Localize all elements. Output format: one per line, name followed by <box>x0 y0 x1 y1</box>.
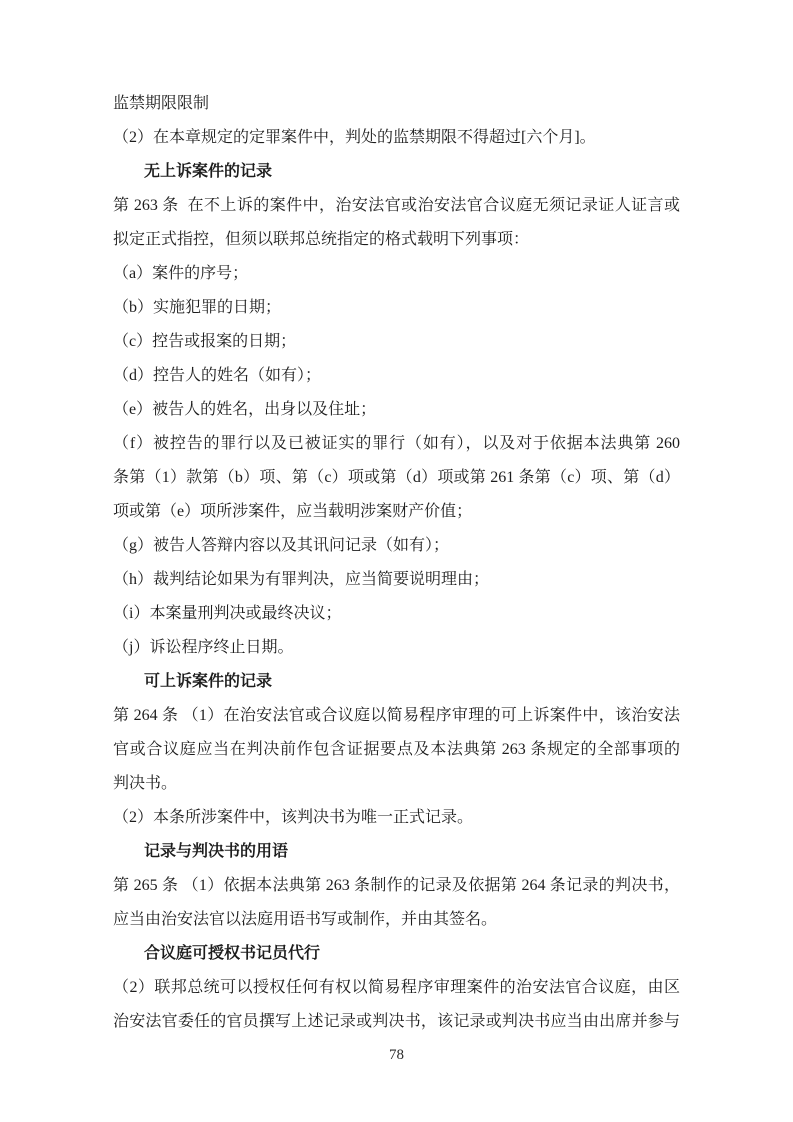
list-item: （e）被告人的姓名，出身以及住址； <box>113 393 680 427</box>
text-line: 官或合议庭应当在判决前作包含证据要点及本法典第 263 条规定的全部事项的 <box>113 733 680 767</box>
list-item: （c）控告或报案的日期； <box>113 325 680 359</box>
list-item: （i）本案量刑判决或最终决议； <box>113 597 680 631</box>
text-line: 治安法官委任的官员撰写上述记录或判决书，该记录或判决书应当由出席并参与 <box>113 1005 680 1039</box>
list-item: （g）被告人答辩内容以及其讯问记录（如有）； <box>113 529 680 563</box>
section-heading: 无上诉案件的记录 <box>113 155 680 189</box>
list-item: （a）案件的序号； <box>113 257 680 291</box>
section-heading: 可上诉案件的记录 <box>113 665 680 699</box>
page-number: 78 <box>0 1044 793 1066</box>
text-line: 第 265 条 （1）依据本法典第 263 条制作的记录及依据第 264 条记录… <box>113 869 680 903</box>
text-line: （2）联邦总统可以授权任何有权以简易程序审理案件的治安法官合议庭，由区 <box>113 971 680 1005</box>
text-line: 项或第（e）项所涉案件，应当载明涉案财产价值； <box>113 495 680 529</box>
section-heading: 合议庭可授权书记员代行 <box>113 937 680 971</box>
document-page: 监禁期限限制 （2）在本章规定的定罪案件中，判处的监禁期限不得超过[六个月]。 … <box>0 0 793 1122</box>
text-line: 第 264 条 （1）在治安法官或合议庭以简易程序审理的可上诉案件中，该治安法 <box>113 699 680 733</box>
list-item: （h）裁判结论如果为有罪判决，应当简要说明理由； <box>113 563 680 597</box>
list-item: （d）控告人的姓名（如有）； <box>113 359 680 393</box>
list-item: （j）诉讼程序终止日期。 <box>113 631 680 665</box>
text-line: 应当由治安法官以法庭用语书写或制作，并由其签名。 <box>113 903 680 937</box>
list-item: （b）实施犯罪的日期； <box>113 291 680 325</box>
list-item: （f）被控告的罪行以及已被证实的罪行（如有），以及对于依据本法典第 260 <box>113 427 680 461</box>
page-body-text: 监禁期限限制 （2）在本章规定的定罪案件中，判处的监禁期限不得超过[六个月]。 … <box>113 87 680 1039</box>
text-line: 拟定正式指控，但须以联邦总统指定的格式载明下列事项： <box>113 223 680 257</box>
section-heading: 记录与判决书的用语 <box>113 835 680 869</box>
text-line: 第 263 条 在不上诉的案件中，治安法官或治安法官合议庭无须记录证人证言或 <box>113 189 680 223</box>
text-line: 判决书。 <box>113 767 680 801</box>
text-line: （2）本条所涉案件中，该判决书为唯一正式记录。 <box>113 801 680 835</box>
text-line: 监禁期限限制 <box>113 87 680 121</box>
text-line: 条第（1）款第（b）项、第（c）项或第（d）项或第 261 条第（c）项、第（d… <box>113 461 680 495</box>
text-line: （2）在本章规定的定罪案件中，判处的监禁期限不得超过[六个月]。 <box>113 121 680 155</box>
